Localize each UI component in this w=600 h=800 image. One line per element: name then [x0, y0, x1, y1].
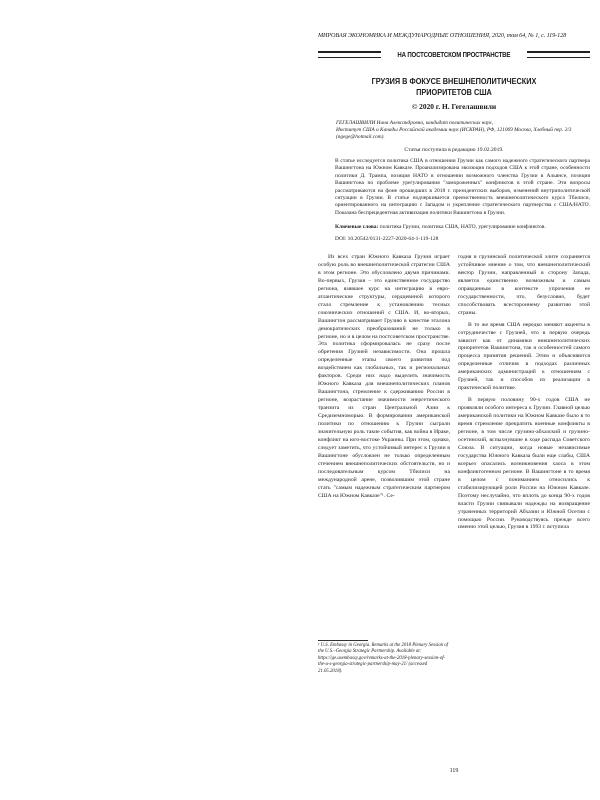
- paragraph: В то же время США нередко меняют акценты…: [458, 322, 590, 394]
- page-number: 119: [318, 768, 590, 774]
- section-heading: НА ПОСТСОВЕТСКОМ ПРОСТРАНСТВЕ: [318, 48, 590, 60]
- section-rule-right: [527, 51, 590, 58]
- body-column-right: годня в грузинской политической элите со…: [458, 254, 590, 536]
- keywords-label: Ключевые слова:: [335, 224, 378, 230]
- journal-page: МИРОВАЯ ЭКОНОМИКА И МЕЖДУНАРОДНЫЕ ОТНОШЕ…: [0, 0, 600, 800]
- section-rule-left: [318, 51, 381, 58]
- running-head: МИРОВАЯ ЭКОНОМИКА И МЕЖДУНАРОДНЫЕ ОТНОШЕ…: [318, 32, 590, 39]
- paragraph: годня в грузинской политической элите со…: [458, 254, 590, 318]
- paragraph: В первую половину 90-х годов США не проя…: [458, 397, 590, 532]
- title-line-2: ПРИОРИТЕТОВ США: [338, 87, 569, 98]
- received-date: Статья поступила в редакцию 19.02.2019.: [318, 147, 590, 153]
- byline: © 2020 г. Н. Гегелашвили: [318, 102, 590, 111]
- paragraph: Из всех стран Южного Кавказа Грузия игра…: [318, 254, 450, 501]
- article-title: ГРУЗИЯ В ФОКУСЕ ВНЕШНЕПОЛИТИЧЕСКИХ ПРИОР…: [338, 76, 569, 98]
- title-line-1: ГРУЗИЯ В ФОКУСЕ ВНЕШНЕПОЛИТИЧЕСКИХ: [338, 76, 569, 87]
- author-info: ГЕГЕЛАШВИЛИ Нана Александровна, кандидат…: [336, 120, 590, 142]
- keywords-list: политика Грузии, политика США, НАТО, уре…: [378, 224, 545, 230]
- keywords: Ключевые слова: политика Грузии, политик…: [335, 224, 590, 230]
- body-column-left: Из всех стран Южного Кавказа Грузия игра…: [318, 254, 450, 505]
- abstract: В статье исследуется политика США в отно…: [335, 158, 590, 217]
- author-info-line-3: (ngege@hotmail.com).: [336, 134, 590, 141]
- footnote: ¹ U.S. Embassy in Georgia. Remarks at th…: [318, 643, 450, 675]
- section-label: НА ПОСТСОВЕТСКОМ ПРОСТРАНСТВЕ: [394, 50, 513, 59]
- footnote-divider: [318, 640, 368, 641]
- doi: DOI: 10.20542/0131-2227-2020-64-1-119-12…: [335, 236, 590, 242]
